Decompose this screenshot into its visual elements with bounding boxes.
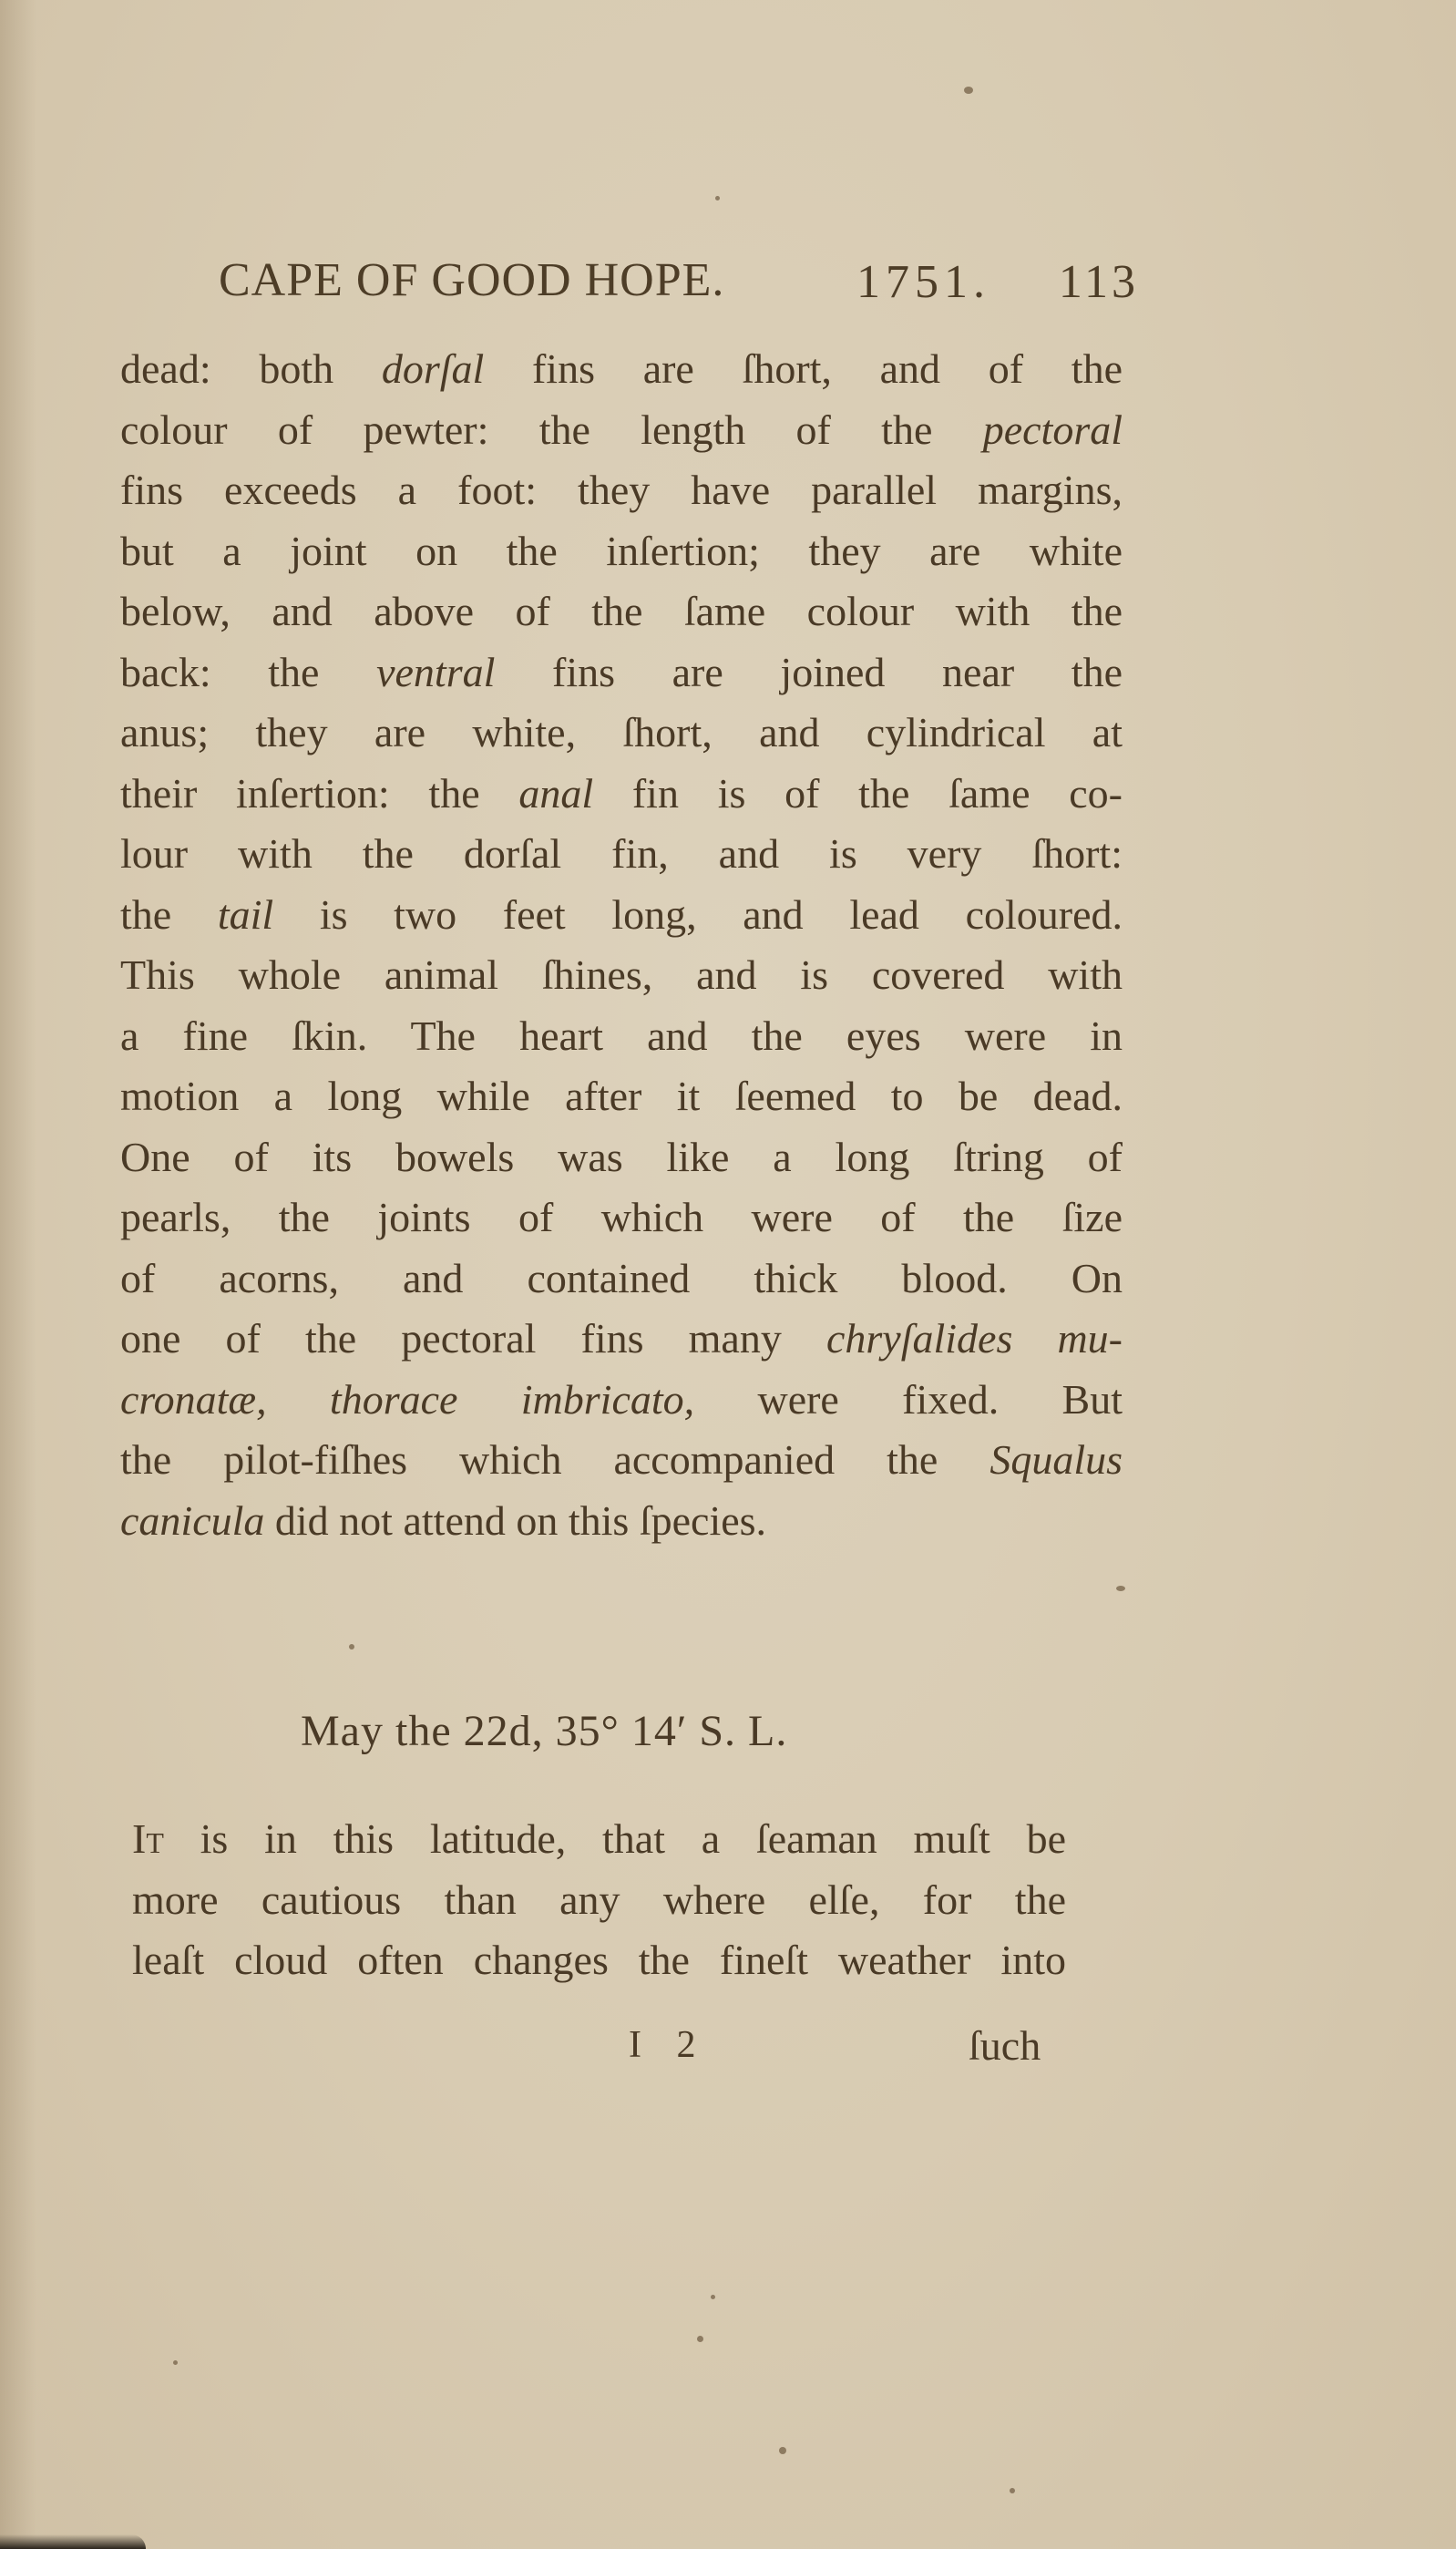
italic-term: tail xyxy=(218,891,273,938)
text-line: pearls, the joints of which were of the … xyxy=(120,1187,1123,1249)
text-line: a fine ſkin. The heart and the eyes were… xyxy=(120,1006,1123,1067)
paragraph-latitude-caution: It is in this latitude, that a ſeaman mu… xyxy=(132,1809,1066,1991)
text-line: the pilot-fiſhes which accompanied the S… xyxy=(120,1430,1123,1491)
foxing-speck xyxy=(349,1644,354,1650)
text-run: colour of pewter: the length of the xyxy=(120,406,983,453)
text-line: lour with the dorſal fin, and is very ſh… xyxy=(120,824,1123,885)
text-run: is two feet long, and lead coloured. xyxy=(273,891,1123,938)
text-line: It is in this latitude, that a ſeaman mu… xyxy=(132,1809,1066,1870)
italic-term: anal xyxy=(518,770,593,817)
text-line: colour of pewter: the length of the pect… xyxy=(120,400,1123,461)
text-line: one of the pectoral fins many chryſalide… xyxy=(120,1309,1123,1370)
text-run: dead: both xyxy=(120,345,382,392)
italic-term: Squalus xyxy=(989,1436,1123,1483)
signature-mark: I 2 xyxy=(629,2023,709,2067)
italic-term: canicula xyxy=(120,1497,264,1544)
book-page: CAPE OF GOOD HOPE. 1751. 113 dead: both … xyxy=(0,0,1456,2549)
text-run: but a joint on the inſertion; they are w… xyxy=(120,528,1123,574)
text-run: fins are ſhort, and of the xyxy=(484,345,1123,392)
text-line: leaſt cloud often changes the fineſt wea… xyxy=(132,1930,1066,1991)
text-line: cronatæ, thorace imbricato, were fixed. … xyxy=(120,1370,1123,1431)
text-line: more cautious than any where elſe, for t… xyxy=(132,1870,1066,1931)
text-run: One of its bowels was like a long ſtring… xyxy=(120,1134,1123,1180)
running-head-year: 1751. xyxy=(856,255,990,309)
text-run: This whole animal ſhines, and is covered… xyxy=(120,951,1123,998)
text-line: motion a long while after it ſeemed to b… xyxy=(120,1066,1123,1127)
text-line: One of its bowels was like a long ſtring… xyxy=(120,1127,1123,1188)
text-line: dead: both dorſal fins are ſhort, and of… xyxy=(120,339,1123,400)
text-line: This whole animal ſhines, and is covered… xyxy=(120,945,1123,1006)
running-head: CAPE OF GOOD HOPE. 1751. 113 xyxy=(219,253,1139,317)
foxing-speck xyxy=(711,2295,715,2299)
text-run: fins are joined near the xyxy=(495,649,1123,695)
text-run: fin is of the ſame co- xyxy=(593,770,1123,817)
text-line: canicula did not attend on this ſpecies. xyxy=(120,1491,1123,1552)
foxing-speck xyxy=(1010,2488,1015,2493)
text-run: more cautious than any where elſe, for t… xyxy=(132,1876,1066,1923)
text-run: pearls, the joints of which were of the … xyxy=(120,1194,1123,1240)
page-number: 113 xyxy=(1059,255,1139,309)
section-heading-date-latitude: May the 22d, 35° 14′ S. L. xyxy=(301,1706,787,1756)
text-line: below, and above of the ſame colour with… xyxy=(120,581,1123,642)
text-line: anus; they are white, ſhort, and cylindr… xyxy=(120,703,1123,764)
text-line: of acorns, and contained thick blood. On xyxy=(120,1249,1123,1310)
text-run: back: the xyxy=(120,649,376,695)
text-line: back: the ventral fins are joined near t… xyxy=(120,642,1123,704)
gutter-shadow xyxy=(0,0,36,2549)
text-run: the pilot-fiſhes which accompanied the xyxy=(120,1436,989,1483)
text-run: is in this latitude, that a ſeaman muſt … xyxy=(164,1815,1066,1862)
foxing-speck xyxy=(173,2360,178,2365)
foxing-speck xyxy=(779,2447,786,2454)
text-run: below, and above of the ſame colour with… xyxy=(120,588,1123,634)
text-run: motion a long while after it ſeemed to b… xyxy=(120,1073,1123,1119)
text-run: fins exceeds a foot: they have parallel … xyxy=(120,467,1123,513)
foxing-speck xyxy=(1116,1586,1125,1591)
text-line: but a joint on the inſertion; they are w… xyxy=(120,521,1123,582)
text-line: their inſertion: the anal fin is of the … xyxy=(120,764,1123,825)
text-run: of acorns, and contained thick blood. On xyxy=(120,1255,1123,1301)
text-run: anus; they are white, ſhort, and cylindr… xyxy=(120,709,1123,755)
text-run: It xyxy=(132,1815,164,1862)
text-run: were fixed. But xyxy=(694,1376,1123,1423)
text-run: one of the pectoral fins many xyxy=(120,1315,826,1362)
page-edge-shadow xyxy=(0,2534,146,2549)
text-line: the tail is two feet long, and lead colo… xyxy=(120,885,1123,946)
text-run: did not attend on this ſpecies. xyxy=(264,1497,766,1544)
running-head-title: CAPE OF GOOD HOPE. xyxy=(219,253,724,307)
italic-term: cronatæ, thorace imbricato, xyxy=(120,1376,694,1423)
text-run: a fine ſkin. The heart and the eyes were… xyxy=(120,1012,1123,1059)
text-line: fins exceeds a foot: they have parallel … xyxy=(120,460,1123,521)
foxing-speck xyxy=(715,196,720,200)
text-run: their inſertion: the xyxy=(120,770,518,817)
paragraph-fish-description: dead: both dorſal fins are ſhort, and of… xyxy=(120,339,1123,1551)
italic-term: dorſal xyxy=(382,345,484,392)
italic-term: ventral xyxy=(376,649,495,695)
text-run: leaſt cloud often changes the fineſt wea… xyxy=(132,1937,1066,1983)
catchword: ſuch xyxy=(969,2021,1041,2070)
text-run: the xyxy=(120,891,218,938)
text-run: lour with the dorſal fin, and is very ſh… xyxy=(120,830,1123,877)
italic-term: chryſalides mu- xyxy=(826,1315,1123,1362)
italic-term: pectoral xyxy=(983,406,1123,453)
foxing-speck xyxy=(697,2336,703,2342)
foxing-speck xyxy=(964,87,973,94)
